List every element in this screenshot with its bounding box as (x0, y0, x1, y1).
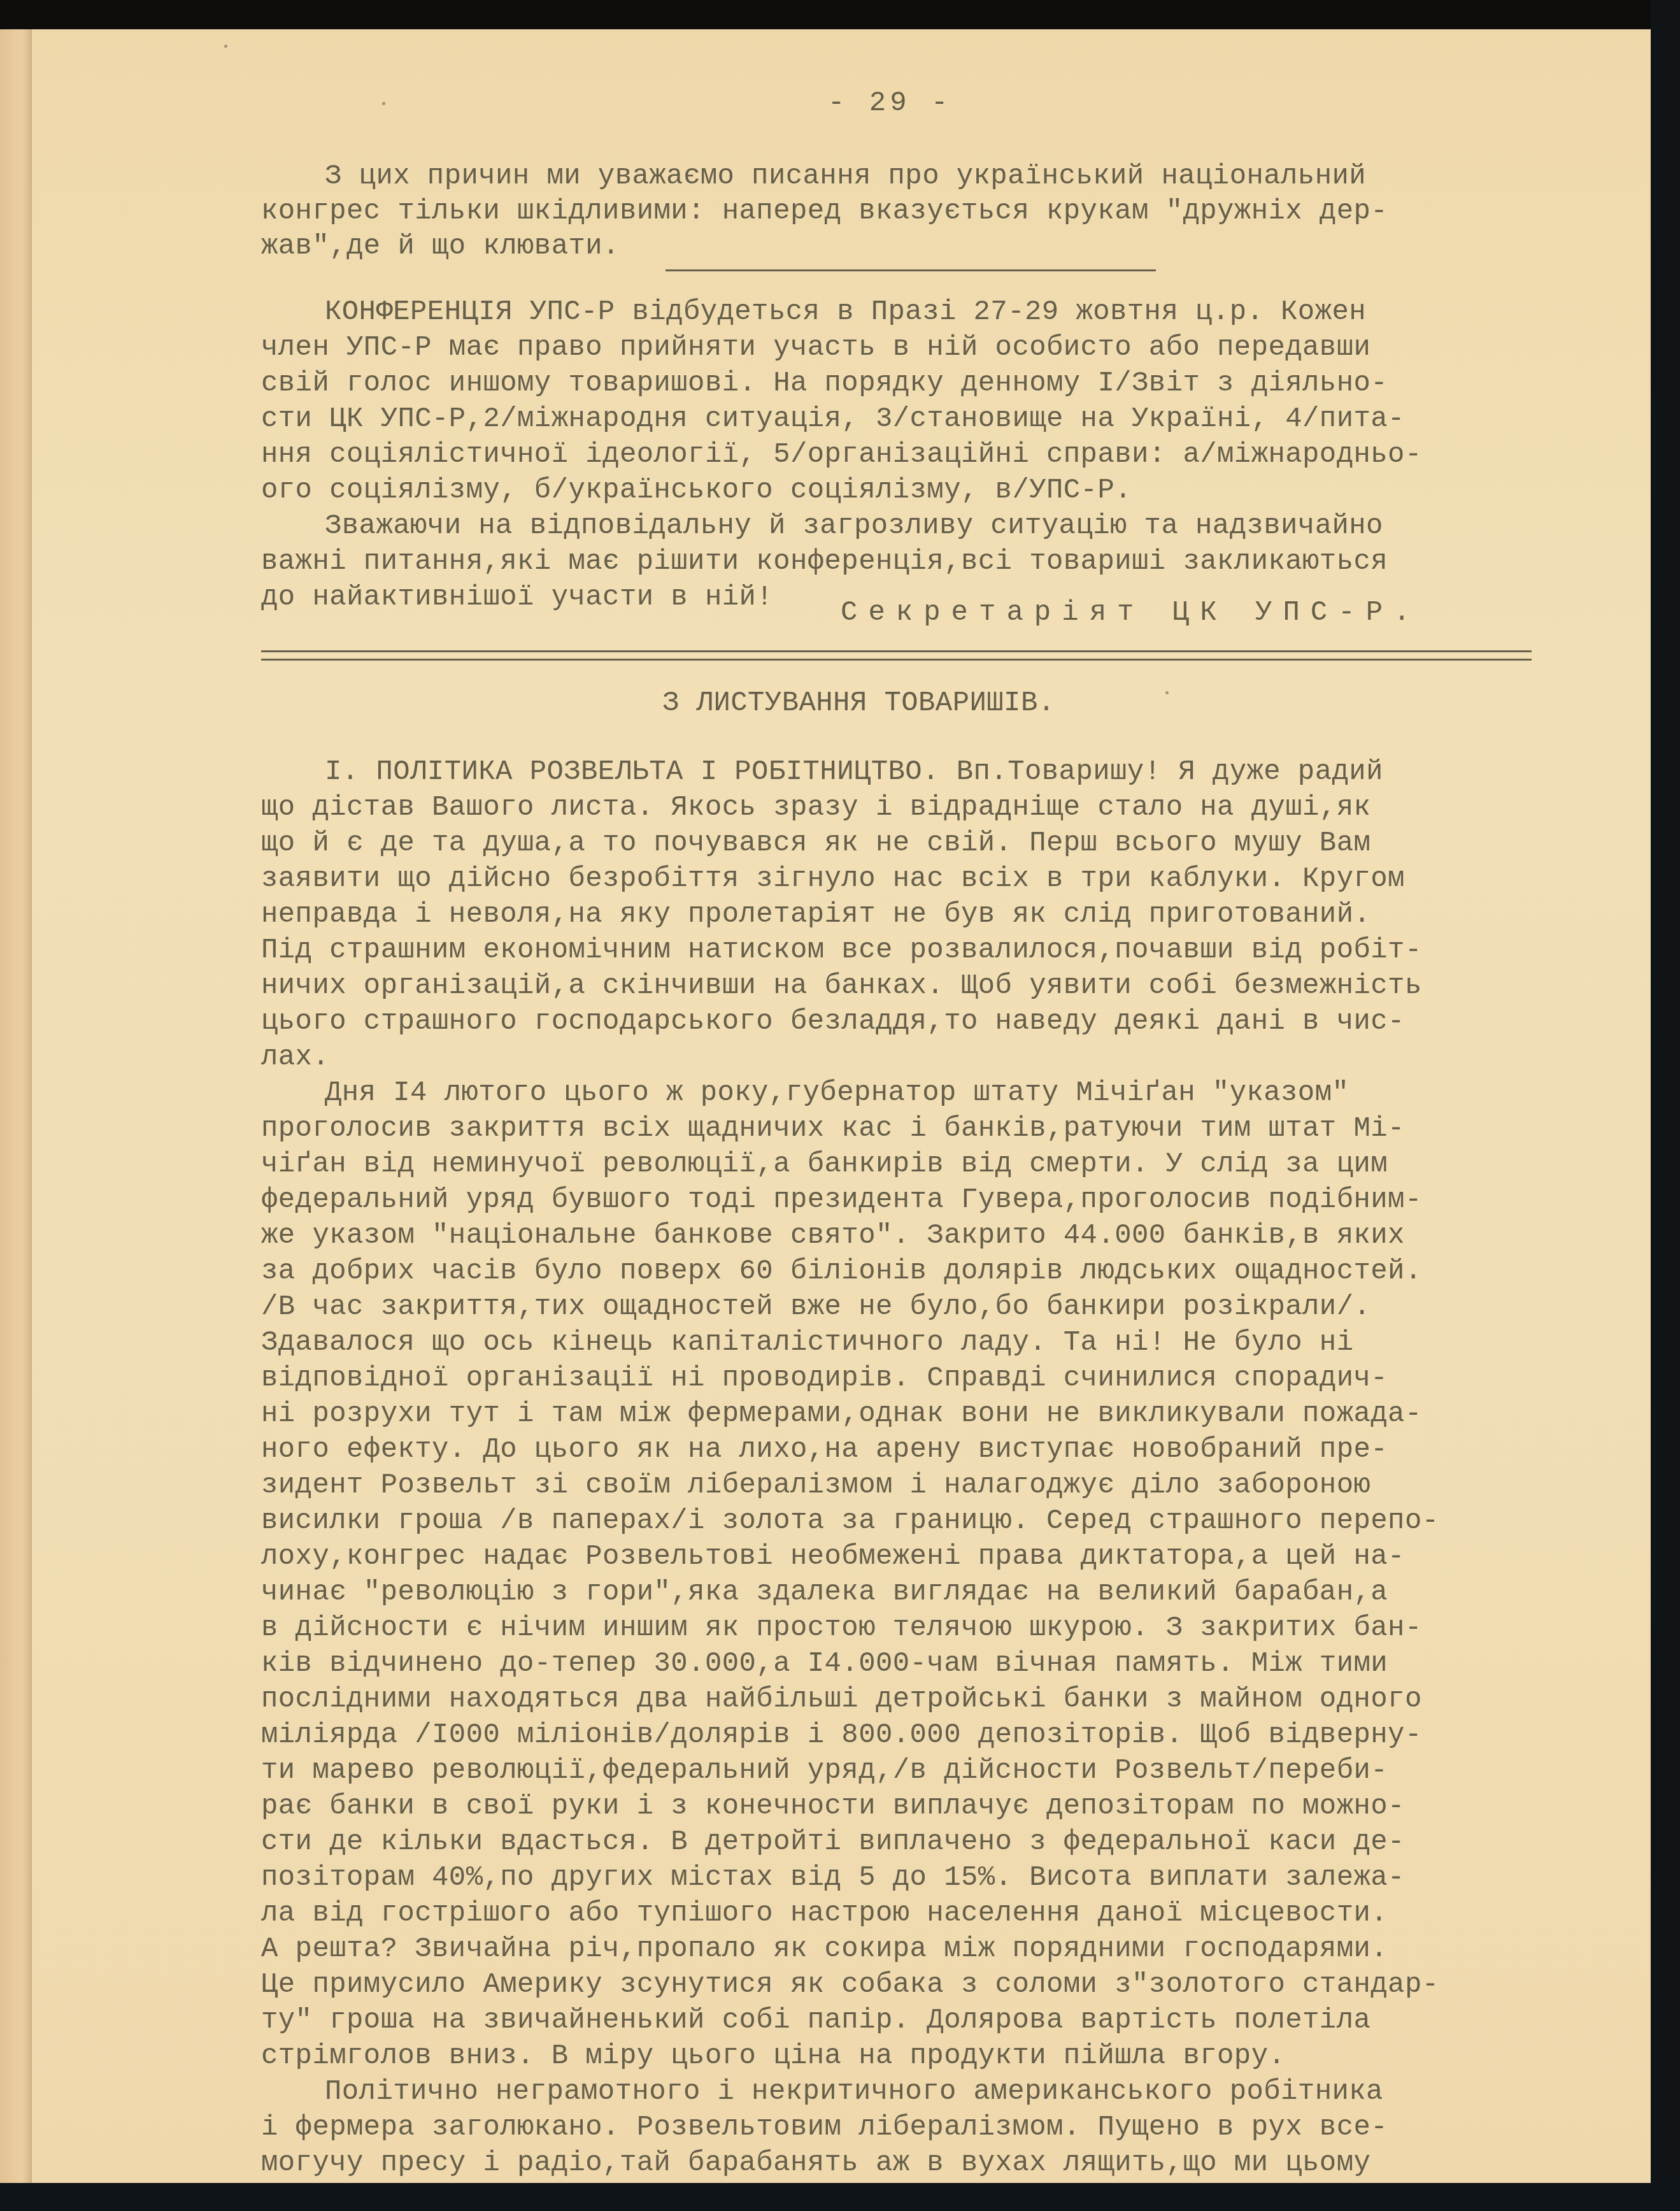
intro-line: конгрес тільки шкідливими: наперед вказу… (261, 197, 1548, 225)
notice-line: важні питання,які має рішити конференція… (261, 548, 1548, 576)
body-line: що дістав Вашого листа. Якось зразу і ві… (261, 794, 1548, 822)
double-rule-top (261, 650, 1532, 652)
body-line: і фермера заголюкано. Розвельтовим лібер… (261, 2114, 1548, 2142)
body-line: ти марево революції,федеральний уряд,/в … (261, 1757, 1548, 1785)
body-line: стрімголов вниз. В міру цього ціна на пр… (261, 2042, 1548, 2070)
body-line: же указом "національне банкове свято". З… (261, 1222, 1548, 1250)
body-line: ків відчинено до-тепер 30.000,а I4.000-ч… (261, 1650, 1548, 1678)
body-line: могучу пресу і радіо,тай барабанять аж в… (261, 2149, 1548, 2177)
body-line: Це примусило Америку зсунутися як собака… (261, 1971, 1548, 1999)
body-line: що й є де та душа,а то почувався як не с… (261, 829, 1548, 857)
notice-line: КОНФЕРЕНЦІЯ УПС-Р відбудеться в Празі 27… (325, 298, 1611, 326)
body-line: заявити що дійсно безробіття зігнуло нас… (261, 865, 1548, 893)
body-line: висилки гроша /в паперах/і золота за гра… (261, 1507, 1548, 1535)
ink-speck (382, 102, 385, 105)
body-line: ного ефекту. До цього як на лихо,на арен… (261, 1436, 1548, 1464)
binding-gutter (0, 29, 32, 2184)
body-line: А решта? Звичайна річ,пропало як сокира … (261, 1935, 1548, 1963)
body-line: Політично неграмотного і некритичного ам… (325, 2078, 1611, 2106)
ink-speck (224, 45, 227, 48)
signature: Секретаріят ЦК УПС-Р. (841, 599, 1421, 627)
body-line: рає банки в свої руки і з конечности вип… (261, 1792, 1548, 1821)
notice-line: Зважаючи на відповідальну й загрозливу с… (325, 512, 1611, 540)
body-line: Здавалося що ось кінець капіталістичного… (261, 1329, 1548, 1357)
body-line: міліярда /I000 міліонів/долярів і 800.00… (261, 1721, 1548, 1749)
body-line: послідними находяться два найбільші детр… (261, 1685, 1548, 1714)
body-line: в дійсности є нічим иншим як простою тел… (261, 1614, 1548, 1642)
body-line: лоху,конгрес надає Розвельтові необмежен… (261, 1543, 1548, 1571)
body-line: за добрих часів було поверх 60 біліонів … (261, 1257, 1548, 1285)
body-line: проголосив закриття всіх щадничих кас і … (261, 1115, 1548, 1143)
intro-line: З цих причин ми уважаємо писання про укр… (325, 162, 1611, 190)
notice-line: сти ЦК УПС-Р,2/міжнародня ситуація, 3/ст… (261, 405, 1548, 433)
body-line: ничих організацій,а скінчивши на банках.… (261, 972, 1548, 1000)
body-line: чіґан від неминучої революції,а банкирів… (261, 1150, 1548, 1178)
body-line: лах. (261, 1043, 1548, 1071)
body-line: чинає "революцію з гори",яка здалека виг… (261, 1578, 1548, 1606)
notice-line: свій голос иншому товаришові. На порядку… (261, 369, 1548, 397)
notice-line: член УПС-Р має право прийняти участь в н… (261, 334, 1548, 362)
body-line: цього страшного господарського безладдя,… (261, 1008, 1548, 1036)
section-heading: З ЛИСТУВАННЯ ТОВАРИШІВ. (662, 689, 1055, 717)
body-line: сти де кільки вдасться. В детройті випла… (261, 1828, 1548, 1856)
scan-border-bottom (0, 2183, 1680, 2211)
body-line: позіторам 40%,по других містах від 5 до … (261, 1864, 1548, 1892)
body-line: федеральний уряд бувшого тоді президента… (261, 1186, 1548, 1214)
body-line: ту" гроша на звичайненький собі папір. Д… (261, 2007, 1548, 2035)
body-line: відповідної організації ні проводирів. С… (261, 1364, 1548, 1392)
body-line: ла від гострішого або тупішого настрою н… (261, 1900, 1548, 1928)
body-line: I. ПОЛІТИКА РОЗВЕЛЬТА І РОБІТНИЦТВО. Вп.… (325, 758, 1611, 786)
body-line: зидент Розвельт зі своїм лібералізмом і … (261, 1471, 1548, 1499)
notice-line: ого соціялізму, б/українського соціялізм… (261, 476, 1548, 504)
double-rule-bottom (261, 659, 1532, 661)
page-number: - 29 - (828, 89, 951, 117)
scan-border-right (1651, 0, 1680, 2211)
body-line: неправда і неволя,на яку пролетаріят не … (261, 901, 1548, 929)
scan-border-top (0, 0, 1680, 31)
notice-line: ння соціялістичної ідеології, 5/організа… (261, 441, 1548, 469)
ink-speck (1165, 691, 1169, 694)
separator-rule (666, 269, 1156, 271)
body-line: Дня I4 лютого цього ж року,губернатор шт… (325, 1079, 1611, 1107)
body-line: /В час закриття,тих ощадностей вже не бу… (261, 1293, 1548, 1321)
intro-line: жав",де й що клювати. (261, 233, 1548, 261)
body-line: Під страшним економічним натиском все ро… (261, 936, 1548, 964)
body-line: ні розрухи тут і там між фермерами,однак… (261, 1400, 1548, 1428)
